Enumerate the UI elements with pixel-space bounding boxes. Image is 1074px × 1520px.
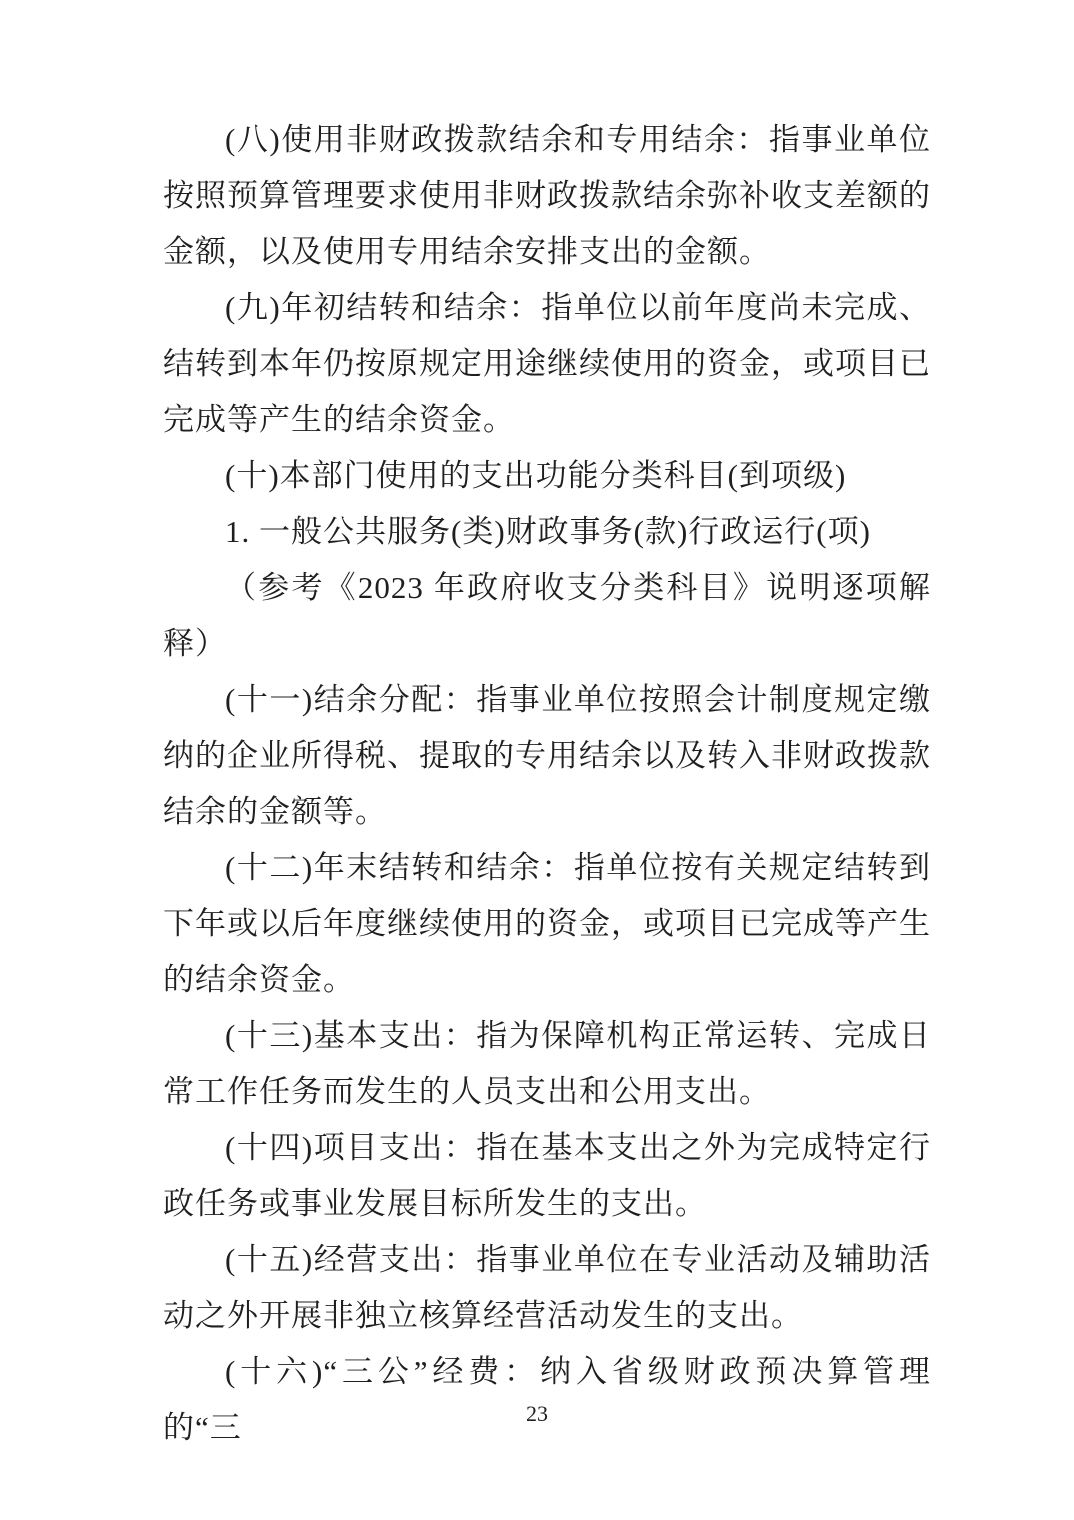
- paragraph-subitem-1: 1. 一般公共服务(类)财政事务(款)行政运行(项): [163, 504, 931, 560]
- paragraph-reference-note: （参考《2023 年政府收支分类科目》说明逐项解释）: [163, 560, 931, 672]
- paragraph-item-12: (十二)年末结转和结余：指单位按有关规定结转到下年或以后年度继续使用的资金，或项…: [163, 840, 931, 1008]
- paragraph-item-10: (十)本部门使用的支出功能分类科目(到项级): [163, 448, 931, 504]
- paragraph-item-9: (九)年初结转和结余：指单位以前年度尚未完成、结转到本年仍按原规定用途继续使用的…: [163, 280, 931, 448]
- paragraph-item-15: (十五)经营支出：指事业单位在专业活动及辅助活动之外开展非独立核算经营活动发生的…: [163, 1232, 931, 1344]
- page-number: 23: [0, 1398, 1074, 1430]
- paragraph-item-13: (十三)基本支出：指为保障机构正常运转、完成日常工作任务而发生的人员支出和公用支…: [163, 1008, 931, 1120]
- paragraph-item-11: (十一)结余分配：指事业单位按照会计制度规定缴纳的企业所得税、提取的专用结余以及…: [163, 672, 931, 840]
- paragraph-item-8: (八)使用非财政拨款结余和专用结余：指事业单位按照预算管理要求使用非财政拨款结余…: [163, 112, 931, 280]
- document-body: (八)使用非财政拨款结余和专用结余：指事业单位按照预算管理要求使用非财政拨款结余…: [163, 112, 931, 1456]
- document-page: (八)使用非财政拨款结余和专用结余：指事业单位按照预算管理要求使用非财政拨款结余…: [0, 0, 1074, 1520]
- paragraph-item-14: (十四)项目支出：指在基本支出之外为完成特定行政任务或事业发展目标所发生的支出。: [163, 1120, 931, 1232]
